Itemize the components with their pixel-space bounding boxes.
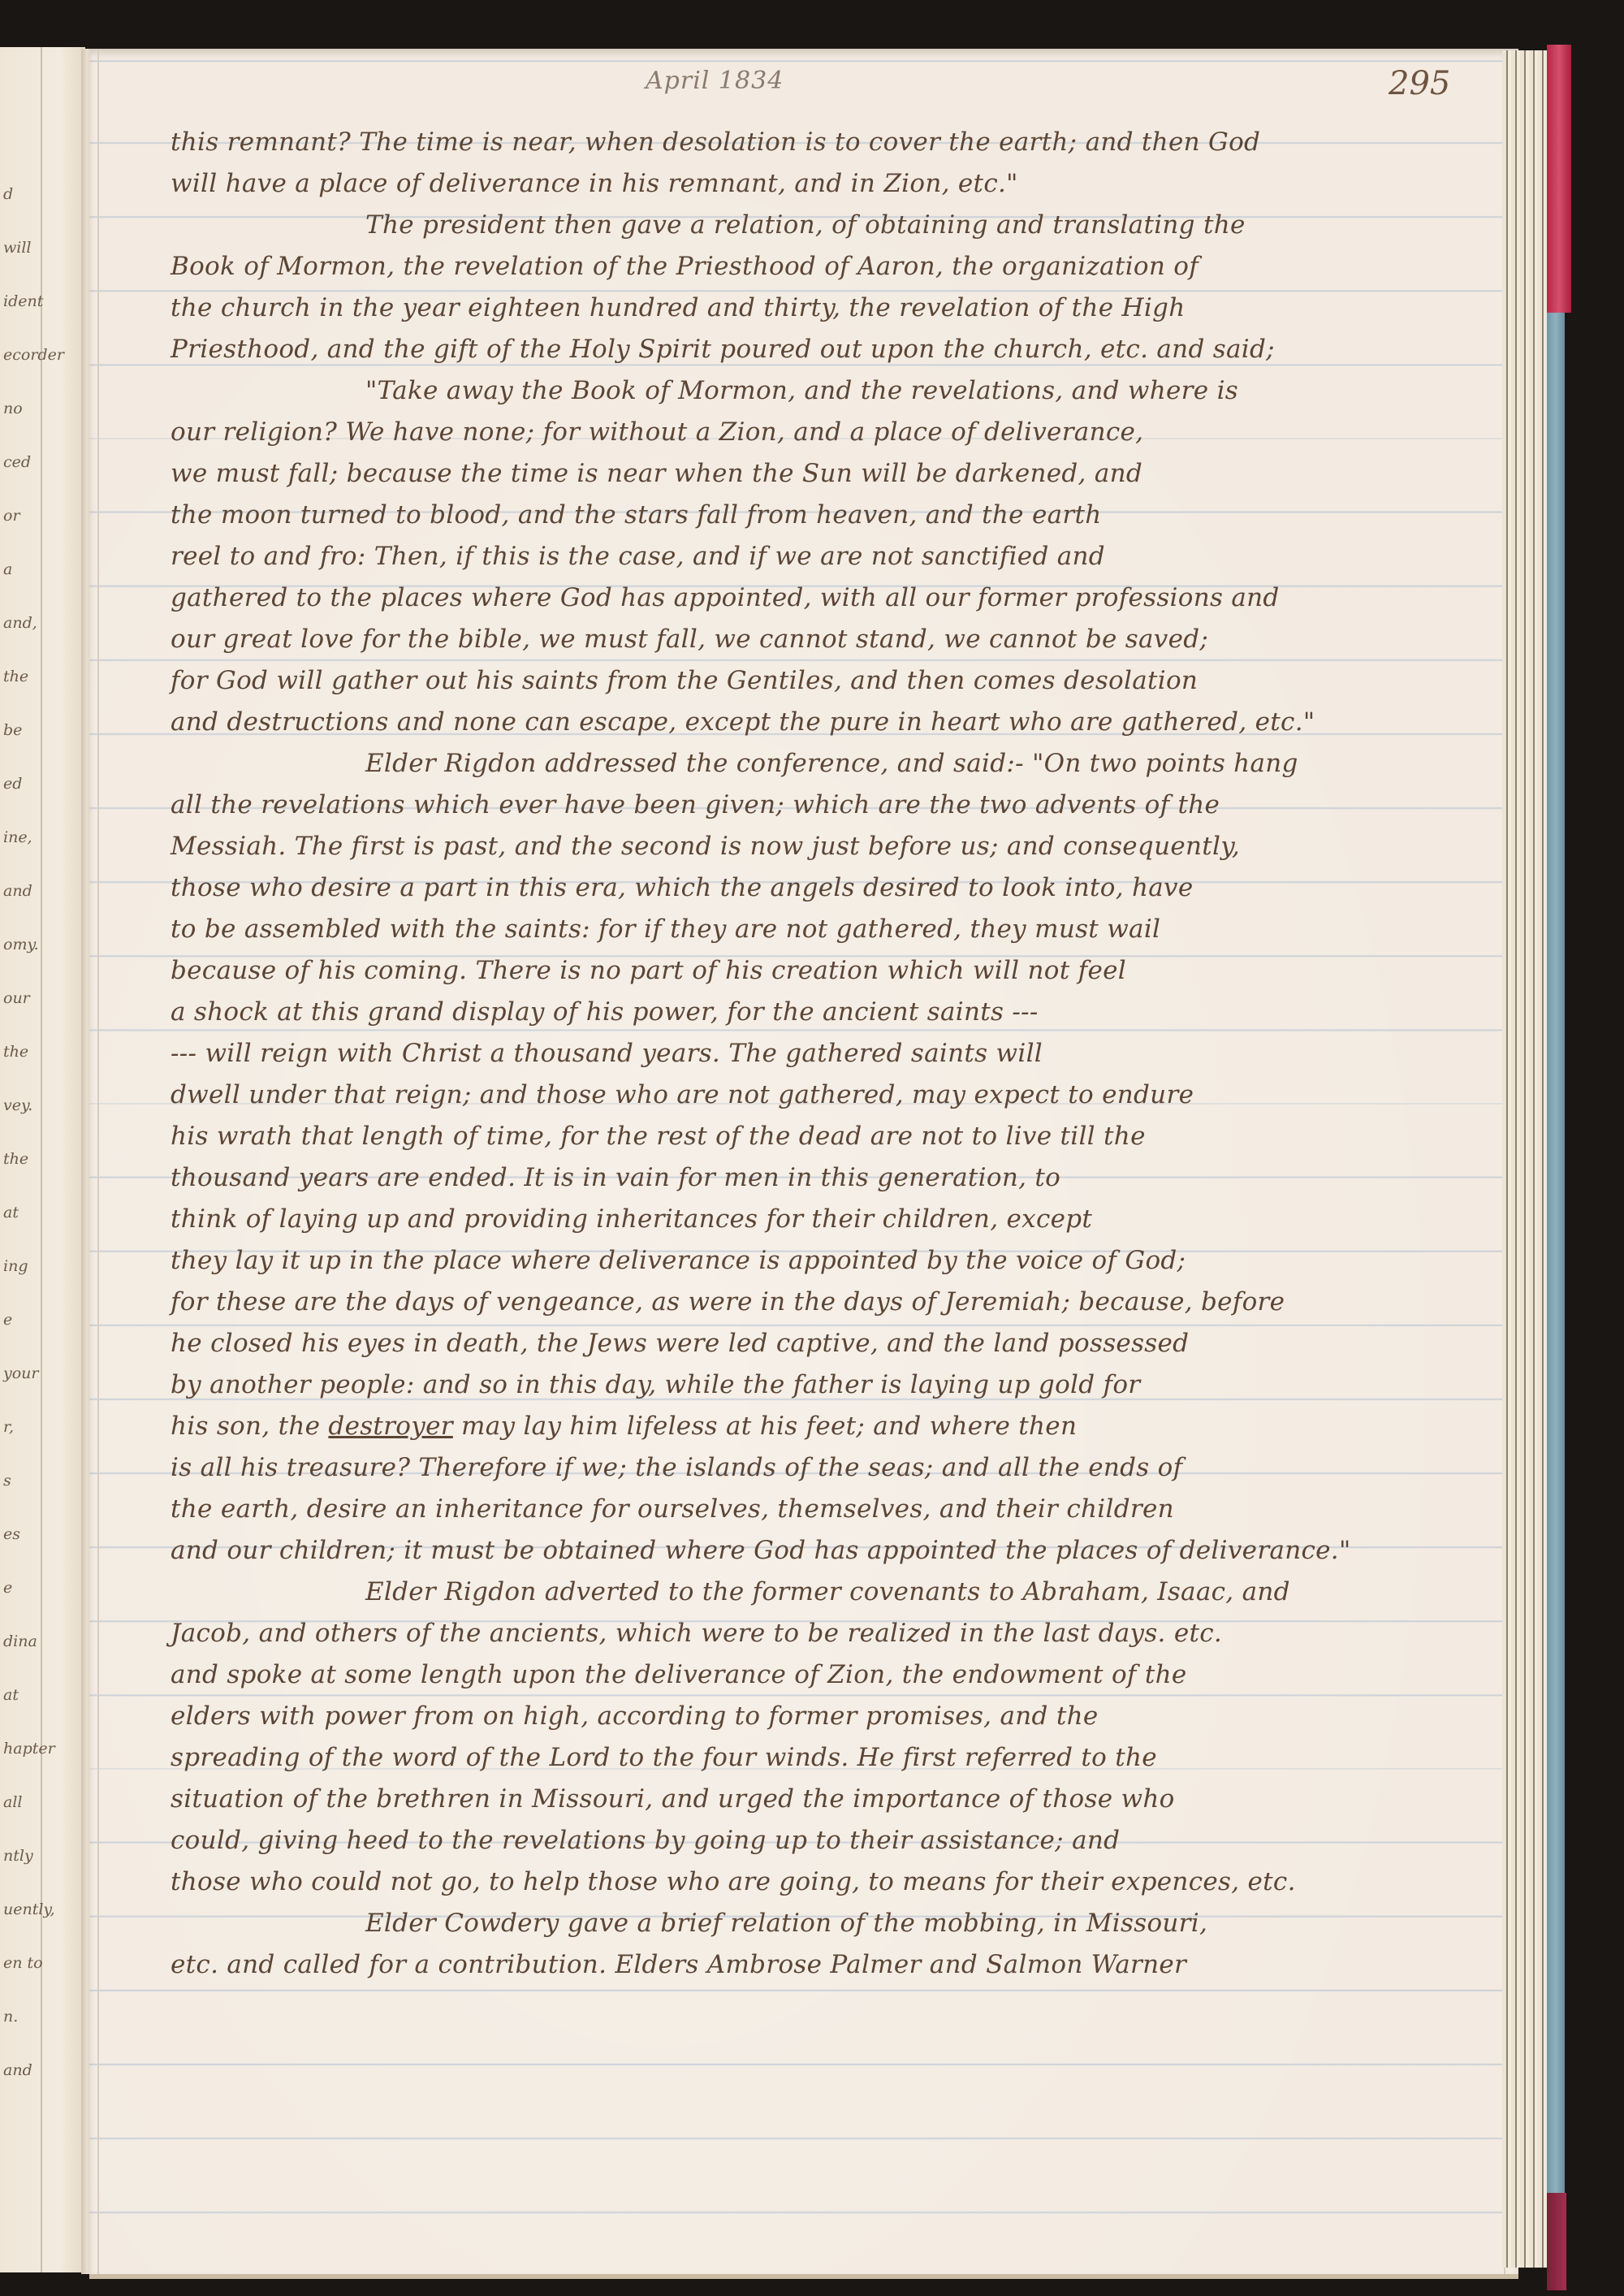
text-line: think of laying up and providing inherit… xyxy=(171,1199,1510,1240)
text-line: The president then gave a relation, of o… xyxy=(171,205,1510,246)
text-line: his son, the destroyer may lay him lifel… xyxy=(171,1406,1510,1447)
text-line: etc. and called for a contribution. Elde… xyxy=(171,1944,1510,1986)
text-line: this remnant? The time is near, when des… xyxy=(171,122,1510,163)
text-line: spreading of the word of the Lord to the… xyxy=(171,1737,1510,1779)
text-line: to be assembled with the saints: for if … xyxy=(171,909,1510,950)
left-page-fragment: the xyxy=(3,1043,28,1061)
left-page-fragment: at xyxy=(3,1204,19,1222)
left-page-fragment: ine, xyxy=(3,828,32,846)
text-line: the church in the year eighteen hundred … xyxy=(171,288,1510,329)
binding-red-leather xyxy=(1547,45,1571,313)
text-line: dwell under that reign; and those who ar… xyxy=(171,1074,1510,1116)
text-line: situation of the brethren in Missouri, a… xyxy=(171,1779,1510,1820)
text-line: will have a place of deliverance in his … xyxy=(171,163,1510,205)
left-page-fragment: or xyxy=(3,507,20,525)
text-line: we must fall; because the time is near w… xyxy=(171,453,1510,495)
left-page-fragment: the xyxy=(3,1150,28,1168)
left-page-fragment: d xyxy=(3,185,13,203)
text-line: Elder Rigdon adverted to the former cove… xyxy=(171,1572,1510,1613)
left-page-fragment: dina xyxy=(3,1632,37,1650)
left-page-fragment: and, xyxy=(3,614,37,632)
page-edges xyxy=(1502,50,1551,2268)
text-line: our religion? We have none; for without … xyxy=(171,412,1510,453)
left-page-fragment: ident xyxy=(3,292,43,310)
text-line: Elder Rigdon addressed the conference, a… xyxy=(171,743,1510,785)
text-line: those who could not go, to help those wh… xyxy=(171,1861,1510,1903)
manuscript-text: this remnant? The time is near, when des… xyxy=(171,122,1510,1986)
left-page-fragment: uently, xyxy=(3,1900,55,1918)
left-page-fragment: your xyxy=(3,1364,39,1382)
left-page-fragment: all xyxy=(3,1793,22,1811)
left-page-fragment: ced xyxy=(3,453,31,471)
left-page-fragment: a xyxy=(3,560,12,578)
text-line: and destructions and none can escape, ex… xyxy=(171,702,1510,743)
page-number: 295 xyxy=(1389,65,1450,102)
text-line: our great love for the bible, we must fa… xyxy=(171,619,1510,660)
left-page-fragment: be xyxy=(3,721,22,739)
text-line: by another people: and so in this day, w… xyxy=(171,1364,1510,1406)
manuscript-page: April 1834 295 this remnant? The time is… xyxy=(89,49,1518,2279)
left-page-fragment: and xyxy=(3,2061,32,2079)
left-page-fragment: will xyxy=(3,239,32,257)
text-line: he closed his eyes in death, the Jews we… xyxy=(171,1323,1510,1364)
left-page-fragment: no xyxy=(3,400,23,417)
text-line: Messiah. The first is past, and the seco… xyxy=(171,826,1510,867)
left-page-fragment: and xyxy=(3,882,32,900)
left-page-fragment: hapter xyxy=(3,1740,55,1758)
text-line: Elder Cowdery gave a brief relation of t… xyxy=(171,1903,1510,1944)
text-line: --- will reign with Christ a thousand ye… xyxy=(171,1033,1510,1074)
text-line: Jacob, and others of the ancients, which… xyxy=(171,1613,1510,1654)
text-line: the earth, desire an inheritance for our… xyxy=(171,1489,1510,1530)
left-page-fragment: en to xyxy=(3,1954,43,1972)
text-line: his wrath that length of time, for the r… xyxy=(171,1116,1510,1157)
binding-red-leather-bottom xyxy=(1547,2193,1566,2290)
left-page-fragment: ed xyxy=(3,775,22,793)
text-line: and our children; it must be obtained wh… xyxy=(171,1530,1510,1572)
left-page-fragment: vey. xyxy=(3,1096,32,1114)
text-line: Priesthood, and the gift of the Holy Spi… xyxy=(171,329,1510,370)
text-line: thousand years are ended. It is in vain … xyxy=(171,1157,1510,1199)
text-line: the moon turned to blood, and the stars … xyxy=(171,495,1510,536)
left-page-fragment: s xyxy=(3,1472,11,1490)
left-page-fragment: r, xyxy=(3,1418,14,1436)
left-page-fragment: ing xyxy=(3,1257,28,1275)
text-line: could, giving heed to the revelations by… xyxy=(171,1820,1510,1861)
text-line: elders with power from on high, accordin… xyxy=(171,1696,1510,1737)
left-page-sliver: dwillidentecordernocedoraand,thebeedine,… xyxy=(0,47,85,2272)
left-page-fragment: e xyxy=(3,1311,12,1329)
text-line: for God will gather out his saints from … xyxy=(171,660,1510,702)
text-line: is all his treasure? Therefore if we; th… xyxy=(171,1447,1510,1489)
left-page-fragment: n. xyxy=(3,2008,18,2026)
text-line: because of his coming. There is no part … xyxy=(171,950,1510,992)
text-line: Book of Mormon, the revelation of the Pr… xyxy=(171,246,1510,288)
underlined-word: destroyer xyxy=(328,1412,452,1441)
text-line: gathered to the places where God has app… xyxy=(171,577,1510,619)
text-line: all the revelations which ever have been… xyxy=(171,785,1510,826)
binding-blue-cloth xyxy=(1547,313,1565,2262)
page-left-rule xyxy=(97,49,99,2274)
text-line: and spoke at some length upon the delive… xyxy=(171,1654,1510,1696)
left-page-fragment: the xyxy=(3,668,28,685)
header-date: April 1834 xyxy=(646,67,784,95)
left-page-fragment: e xyxy=(3,1579,12,1597)
text-line: for these are the days of vengeance, as … xyxy=(171,1282,1510,1323)
left-page-fragment: at xyxy=(3,1686,19,1704)
left-page-fragment: es xyxy=(3,1525,20,1543)
text-line: those who desire a part in this era, whi… xyxy=(171,867,1510,909)
text-line: they lay it up in the place where delive… xyxy=(171,1240,1510,1282)
text-line: "Take away the Book of Mormon, and the r… xyxy=(171,370,1510,412)
text-line: reel to and fro: Then, if this is the ca… xyxy=(171,536,1510,577)
text-line: a shock at this grand display of his pow… xyxy=(171,992,1510,1033)
left-page-fragment: omy. xyxy=(3,936,39,953)
left-page-fragment: ecorder xyxy=(3,346,64,364)
left-page-fragment: our xyxy=(3,989,30,1007)
left-page-fragment: ntly xyxy=(3,1847,33,1865)
left-margin-rule xyxy=(41,47,42,2272)
